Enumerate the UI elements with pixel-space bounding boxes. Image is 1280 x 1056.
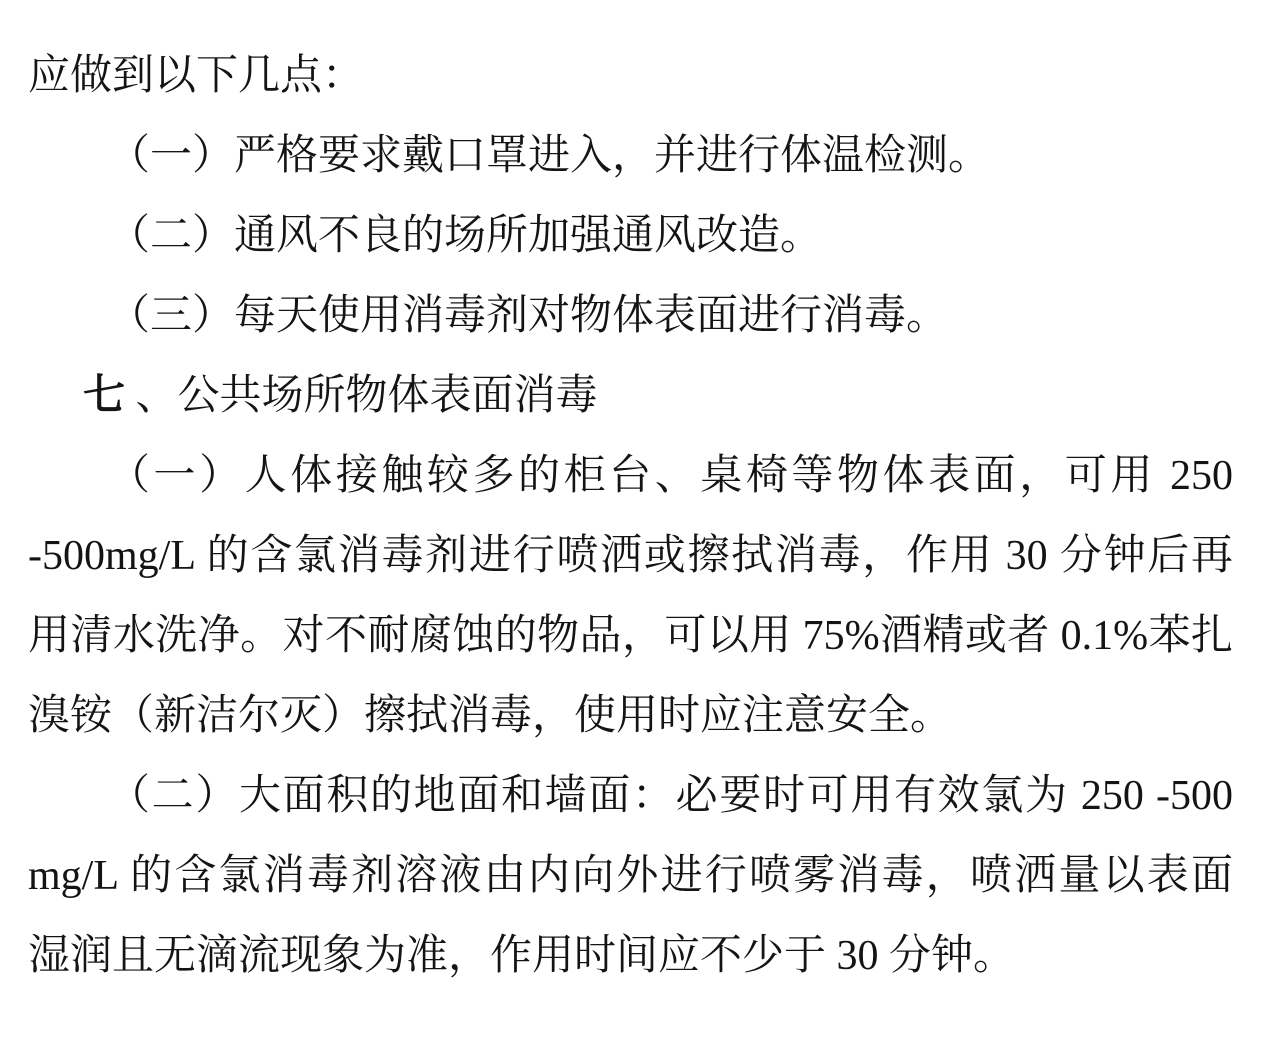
text-line: （二）通风不良的场所加强通风改造。 [28,196,1233,276]
text-line: mg/L 的含氯消毒剂溶液由内向外进行喷雾消毒，喷洒量以表面 [28,836,1233,916]
text-line: （一）严格要求戴口罩进入，并进行体温检测。 [28,116,1233,196]
text-line: 溴铵（新洁尔灭）擦拭消毒，使用时应注意安全。 [28,676,1233,756]
text-line: （二）大面积的地面和墙面：必要时可用有效氯为 250 -500 [28,756,1233,836]
text-line: -500mg/L 的含氯消毒剂进行喷洒或擦拭消毒，作用 30 分钟后再 [28,516,1233,596]
document-body: 应做到以下几点：（一）严格要求戴口罩进入，并进行体温检测。（二）通风不良的场所加… [28,36,1233,996]
text-line: 湿润且无滴流现象为准，作用时间应不少于 30 分钟。 [28,916,1233,996]
text-line: 用清水洗净。对不耐腐蚀的物品，可以用 75%酒精或者 0.1%苯扎 [28,596,1233,676]
text-line: （三）每天使用消毒剂对物体表面进行消毒。 [28,276,1233,356]
section-number: 七 [83,373,125,419]
section-heading-line: 七 、公共场所物体表面消毒 [28,356,1233,436]
text-line: 应做到以下几点： [28,36,1233,116]
document-page: 应做到以下几点：（一）严格要求戴口罩进入，并进行体温检测。（二）通风不良的场所加… [0,0,1280,1056]
text-line: （一）人体接触较多的柜台、桌椅等物体表面，可用 250 [28,436,1233,516]
